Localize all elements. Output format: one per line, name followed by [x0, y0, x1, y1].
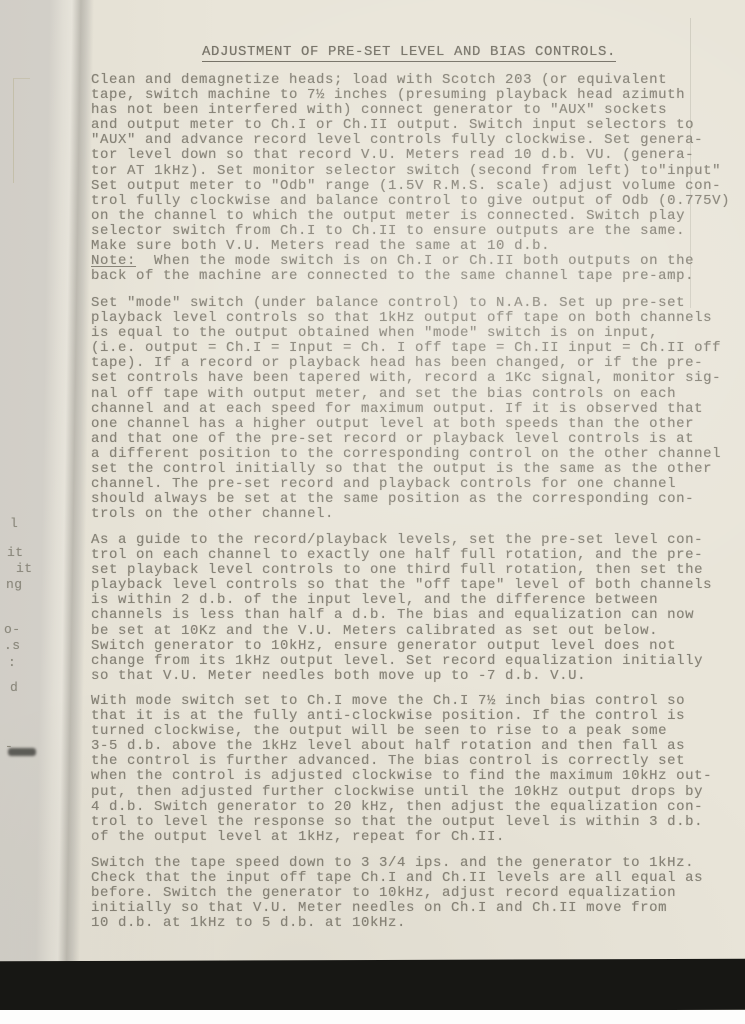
text-line: channels is less than half a d.b. The bi…: [91, 608, 712, 623]
text-line: change from its 1kHz output level. Set r…: [91, 654, 712, 669]
text-line: one channel has a higher output level at…: [91, 417, 721, 432]
text-line: be set at 10Kz and the V.U. Meters calib…: [91, 624, 712, 639]
margin-text-fragment: it: [16, 562, 33, 575]
text-line: Switch generator to 10kHz, ensure genera…: [91, 639, 712, 654]
text-line: trol to level the response so that the o…: [91, 815, 712, 830]
text-line: Check that the input off tape Ch.I and C…: [91, 871, 703, 886]
margin-text-fragment: :: [8, 656, 16, 669]
text-line: playback level controls so that 1kHz out…: [91, 311, 721, 326]
text-line: With mode switch set to Ch.I move the Ch…: [91, 694, 712, 709]
document-title: ADJUSTMENT OF PRE-SET LEVEL AND BIAS CON…: [202, 44, 616, 62]
text-line: set controls have been tapered with, rec…: [91, 371, 721, 386]
margin-text-fragment: it: [7, 546, 24, 559]
margin-text-fragment: ng: [6, 578, 23, 591]
text-line: and that one of the pre-set record or pl…: [91, 432, 721, 447]
paragraph-2: Set "mode" switch (under balance control…: [91, 296, 721, 522]
paragraph-3: As a guide to the record/playback levels…: [91, 533, 712, 684]
text-line: Set "mode" switch (under balance control…: [91, 296, 721, 311]
note-label: Note:: [91, 253, 136, 269]
scan-margin-bottom: [0, 1010, 745, 1024]
text-line: a different position to the correspondin…: [91, 447, 721, 462]
text-line: Clean and demagnetize heads; load with S…: [91, 73, 730, 88]
text-line: channel. The pre-set record and playback…: [91, 477, 721, 492]
margin-text-fragment: .s: [4, 639, 21, 652]
text-line: As a guide to the record/playback levels…: [91, 533, 712, 548]
paragraph-5: Switch the tape speed down to 3 3/4 ips.…: [91, 856, 703, 931]
scanned-page: lititngo-.s:d- ADJUSTMENT OF PRE-SET LEV…: [0, 0, 745, 1011]
text-line: on the channel to which the output meter…: [91, 209, 730, 224]
text-line: when the control is adjusted clockwise t…: [91, 769, 712, 784]
text-line: so that V.U. Meter needles both move up …: [91, 669, 712, 684]
text-line: nal off tape with output meter, and set …: [91, 387, 721, 402]
text-line: selector switch from Ch.I to Ch.II to en…: [91, 224, 730, 239]
paragraph-1: Clean and demagnetize heads; load with S…: [91, 73, 730, 284]
text-line: trol fully clockwise and balance control…: [91, 194, 730, 209]
text-line: 10 d.b. at 1kHz to 5 d.b. at 10kHz.: [91, 916, 703, 931]
text-line: tape, switch machine to 7½ inches (presu…: [91, 88, 730, 103]
text-line: 4 d.b. Switch generator to 20 kHz, then …: [91, 800, 712, 815]
text-line: put, then adjusted further clockwise unt…: [91, 785, 712, 800]
margin-text-fragment: d: [10, 681, 18, 694]
text-line: Note: When the mode switch is on Ch.I or…: [91, 254, 730, 269]
scan-black-bar: [0, 959, 745, 1013]
paragraph-4: With mode switch set to Ch.I move the Ch…: [91, 694, 712, 845]
text-line: that it is at the fully anti-clockwise p…: [91, 709, 712, 724]
text-line: Make sure both V.U. Meters read the same…: [91, 239, 730, 254]
text-line: set the control initially so that the ou…: [91, 462, 721, 477]
margin-text-fragment: l: [10, 517, 18, 530]
text-line: Switch the tape speed down to 3 3/4 ips.…: [91, 856, 703, 871]
text-line: of the output level at 1kHz, repeat for …: [91, 830, 712, 845]
margin-text-fragment: -: [5, 740, 13, 753]
text-line: Set output meter to "Odb" range (1.5V R.…: [91, 179, 730, 194]
margin-text-fragment: o-: [4, 623, 21, 636]
text-line: tor level down so that record V.U. Meter…: [91, 148, 730, 163]
text-line: back of the machine are connected to the…: [91, 269, 730, 284]
text-line: tor AT 1kHz). Set monitor selector switc…: [91, 164, 730, 179]
ghost-rectangle: [13, 78, 30, 183]
text-line: trols on the other channel.: [91, 507, 721, 522]
text-line: channel and at each speed for maximum ou…: [91, 402, 721, 417]
text-line: trol on each channel to exactly one half…: [91, 548, 712, 563]
